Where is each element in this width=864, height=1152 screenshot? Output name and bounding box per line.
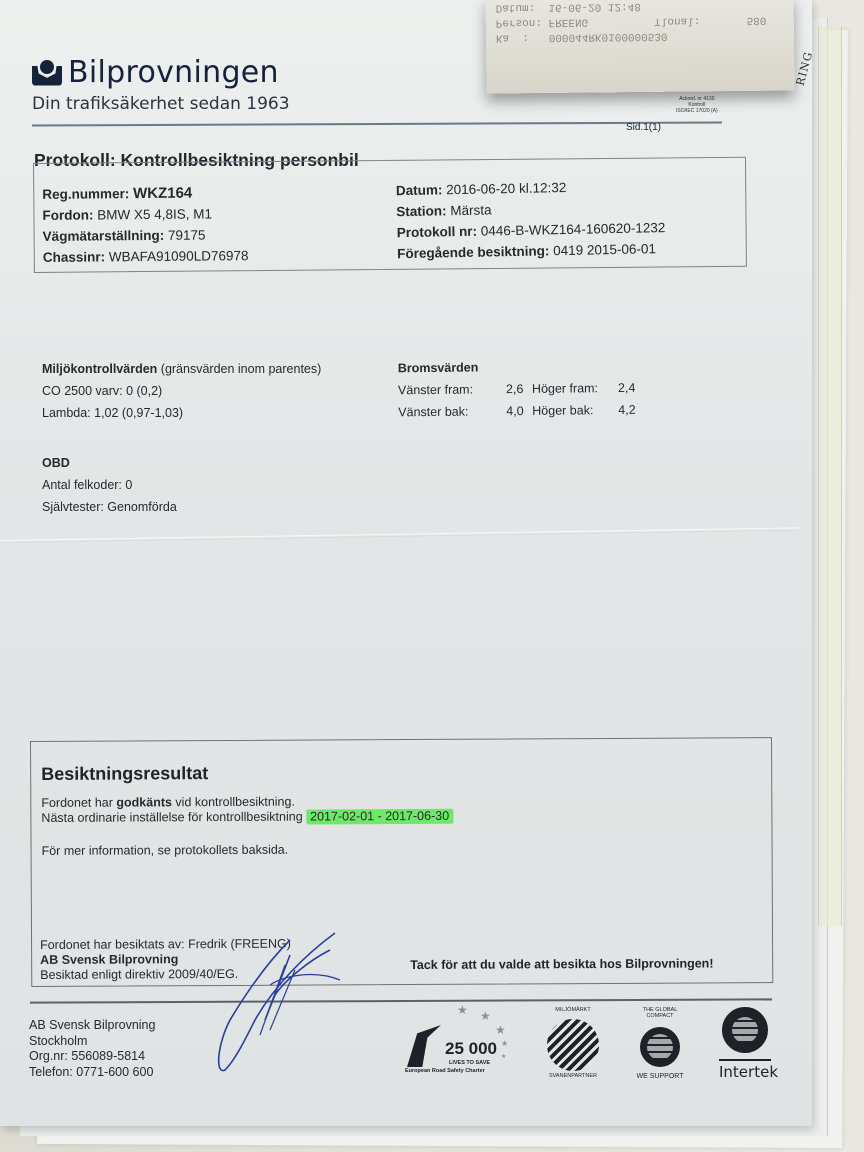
bilprovningen-logo-icon: [32, 60, 62, 86]
brake-row: Vänster bak: 4,0 Höger bak: 4,2: [398, 399, 648, 424]
emission-values-section: Miljökontrollvärden (gränsvärden inom pa…: [42, 358, 321, 424]
swan-caption: SVANENPARTNER: [543, 1073, 603, 1079]
inspection-protocol-page: Bilprovningen Din trafiksäkerhet sedan 1…: [0, 0, 812, 1126]
thank-you-note: Tack för att du valde att besikta hos Bi…: [410, 956, 713, 972]
page-number: Sid.1(1): [626, 122, 661, 133]
vehicle-row: Fordon: BMW X5 4,8IS, M1: [42, 203, 248, 226]
company-name: AB Svensk Bilprovning: [29, 1018, 155, 1034]
station-name: Märsta: [450, 202, 492, 218]
header-divider: [32, 121, 722, 126]
field-label: Station:: [396, 203, 447, 219]
reg-number-row: Reg.nummer: WKZ164: [42, 182, 248, 205]
adhesive-tape: [818, 26, 842, 926]
brake-value: 4,2: [618, 399, 648, 421]
field-label: Vägmätarställning:: [43, 228, 165, 244]
field-label: Datum:: [396, 182, 443, 198]
brake-label: Vänster fram:: [398, 378, 506, 401]
field-label: Protokoll nr:: [397, 224, 478, 241]
brake-value: 2,4: [618, 377, 648, 399]
result-text: Fordonet har godkänts vid kontrollbesikt…: [41, 794, 453, 826]
co-value: CO 2500 varv: 0 (0,2): [42, 380, 321, 402]
protocol-number: 0446-B-WKZ164-160620-1232: [481, 220, 666, 239]
org-number: Org.nr: 556089-5814: [29, 1049, 155, 1065]
accreditation-stamp: Ackred. nr 4130 Kontroll ISO/IEC 17020 (…: [676, 96, 718, 114]
odometer-row: Vägmätarställning: 79175: [43, 224, 249, 247]
road-safety-slogan: LIVES TO SAVE: [449, 1060, 490, 1066]
road-icon: [407, 1025, 441, 1067]
global-compact-label: THE GLOBAL COMPACT: [630, 1007, 690, 1019]
globe-icon: [722, 1007, 768, 1053]
paper-fold: [0, 527, 800, 543]
road-safety-number: 25 000: [445, 1039, 497, 1059]
self-test-status: Självtester: Genomförda: [42, 496, 177, 518]
odometer-value: 79175: [168, 227, 206, 242]
intertek-logo: Intertek: [715, 1005, 775, 1081]
bilprovningen-logo: Bilprovningen: [32, 55, 279, 90]
previous-inspection: 0419 2015-06-01: [553, 241, 656, 258]
road-safety-caption: European Road Safety Charter: [405, 1068, 485, 1074]
brake-label: Höger bak:: [532, 399, 618, 422]
certification-logos: ★ ★ ★ ★ ★ 25 000 LIVES TO SAVE European …: [405, 1003, 785, 1083]
more-info-note: För mer information, se protokollets bak…: [42, 843, 289, 858]
vehicle-details: Reg.nummer: WKZ164 Fordon: BMW X5 4,8IS,…: [42, 182, 248, 268]
section-subheading: (gränsvärden inom parentes): [161, 362, 322, 376]
swan-label: MILJÖMÄRKT: [543, 1007, 603, 1013]
intertek-caption: Intertek: [719, 1059, 771, 1081]
stamp-line: ISO/IEC 17020 (A): [676, 108, 718, 114]
receipt-line: Ka : 000044RK0100000530: [496, 26, 784, 44]
result-title: Besiktningsresultat: [41, 763, 208, 785]
payment-receipt: Datum: 16-06-20 12:48 Person: FREENG Tlo…: [486, 0, 795, 94]
protocol-details: Datum: 2016-06-20 kl.12:32 Station: Märs…: [396, 175, 666, 264]
brake-row: Vänster fram: 2,6 Höger fram: 2,4: [398, 377, 648, 402]
next-inspection-label: Nästa ordinarie inställelse för kontroll…: [41, 810, 302, 825]
globe-icon: [640, 1027, 680, 1067]
obd-section: OBD Antal felkoder: 0 Självtester: Genom…: [42, 452, 177, 518]
company-address: AB Svensk Bilprovning Stockholm Org.nr: …: [29, 1018, 155, 1080]
inspection-result-box: Besiktningsresultat Fordonet har godkänt…: [30, 737, 773, 987]
result-text-part: vid kontrollbesiktning.: [172, 795, 295, 810]
brake-label: Höger fram:: [532, 377, 618, 400]
vehicle-info-box: Reg.nummer: WKZ164 Fordon: BMW X5 4,8IS,…: [33, 157, 747, 273]
company-city: Stockholm: [29, 1034, 155, 1050]
nordic-swan-logo: MILJÖMÄRKT SVANENPARTNER: [543, 1007, 603, 1079]
brake-label: Vänster bak:: [398, 400, 506, 423]
next-inspection-period: 2017-02-01 - 2017-06-30: [306, 809, 453, 825]
result-text-part: Fordonet har: [41, 796, 116, 810]
field-label: Reg.nummer:: [42, 186, 129, 202]
global-compact-logo: THE GLOBAL COMPACT WE SUPPORT: [630, 1007, 690, 1080]
brake-value: 2,6: [506, 378, 532, 400]
inspection-datetime: 2016-06-20 kl.12:32: [446, 180, 566, 197]
approved-status: godkänts: [116, 795, 172, 809]
section-heading: Bromsvärden: [398, 355, 648, 380]
section-heading: Miljökontrollvärden: [42, 362, 157, 376]
lambda-value: Lambda: 1,02 (0,97-1,03): [42, 402, 321, 424]
brake-values-section: Bromsvärden Vänster fram: 2,6 Höger fram…: [398, 355, 649, 424]
fault-code-count: Antal felkoder: 0: [42, 474, 177, 496]
signature-icon: [215, 925, 350, 1075]
global-compact-caption: WE SUPPORT: [630, 1073, 690, 1080]
vehicle-model: BMW X5 4,8IS, M1: [97, 206, 212, 222]
brand-tagline: Din trafiksäkerhet sedan 1963: [32, 94, 290, 114]
previous-inspection-row: Föregående besiktning: 0419 2015-06-01: [397, 238, 666, 264]
phone-number: Telefon: 0771-600 600: [29, 1065, 155, 1081]
field-label: Chassinr:: [43, 249, 105, 265]
brand-name: Bilprovningen: [68, 55, 279, 90]
chassis-number: WBAFA91090LD76978: [109, 248, 249, 264]
road-safety-charter-logo: ★ ★ ★ ★ ★ 25 000 LIVES TO SAVE European …: [405, 1003, 520, 1083]
field-label: Fordon:: [42, 207, 93, 222]
section-heading: OBD: [42, 452, 177, 474]
field-label: Föregående besiktning:: [397, 243, 550, 261]
brake-value: 4,0: [506, 400, 532, 422]
reg-number: WKZ164: [133, 185, 192, 203]
swan-icon: [547, 1019, 599, 1071]
chassis-row: Chassinr: WBAFA91090LD76978: [43, 245, 249, 268]
